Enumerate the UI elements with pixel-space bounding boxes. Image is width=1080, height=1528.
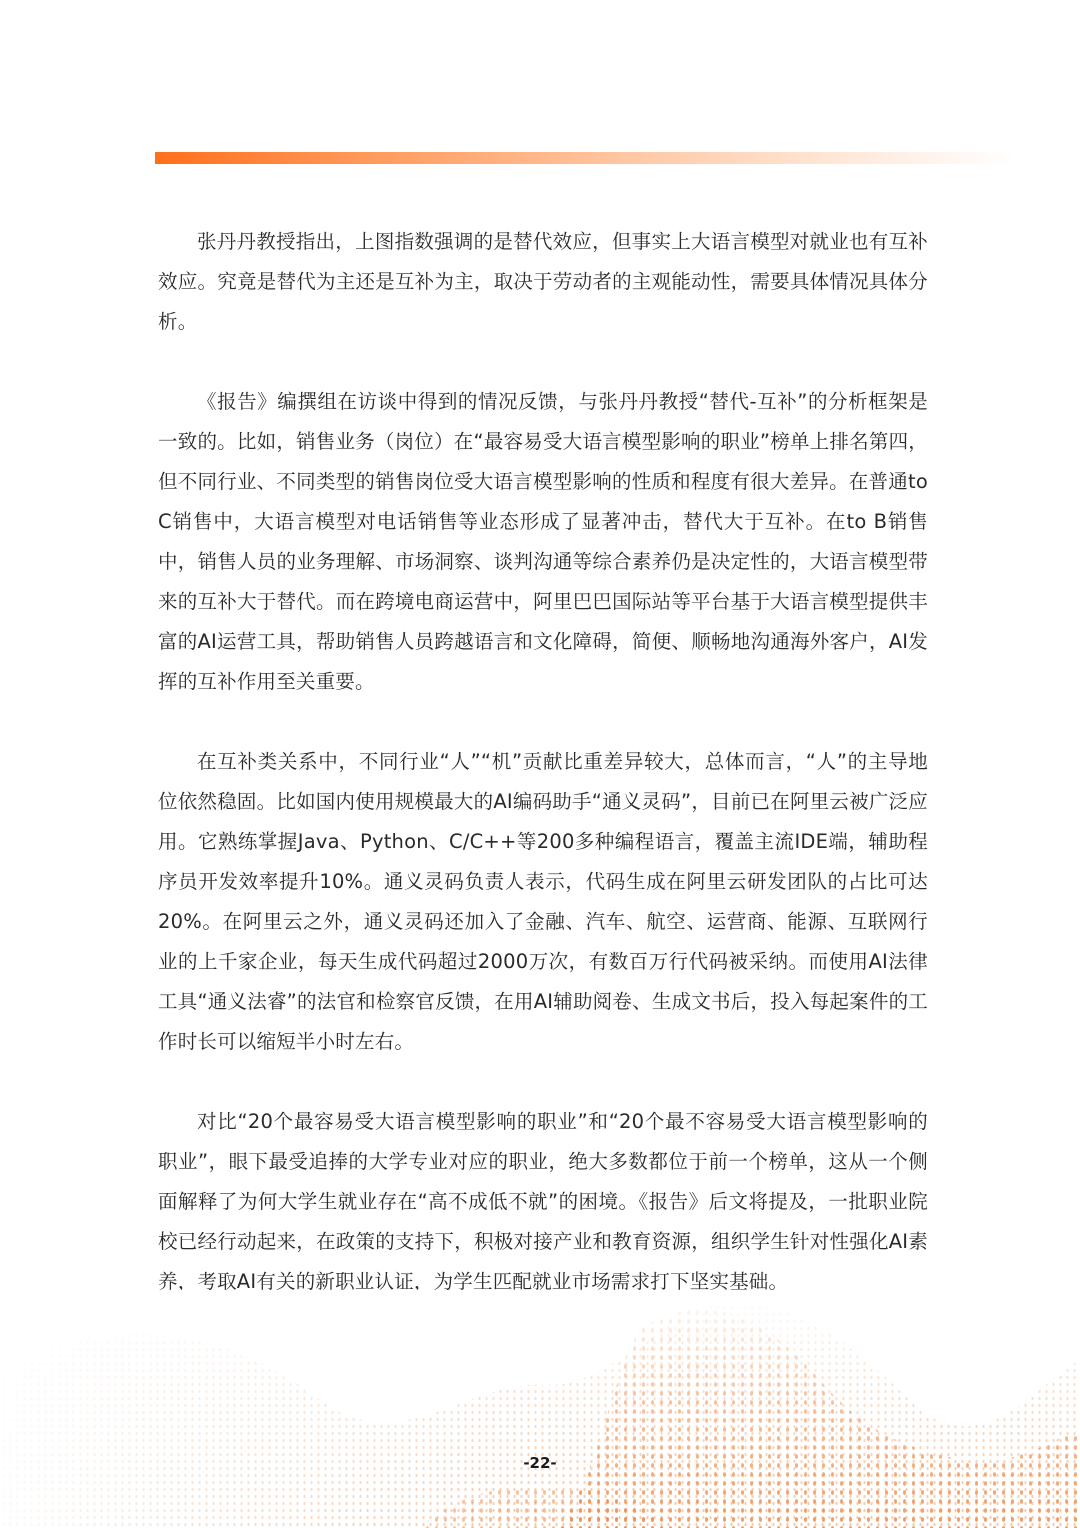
paragraph-sales-example: 《报告》编撰组在访谈中得到的情况反馈，与张丹丹教授“替代-互补”的分析框架是一致… [158,382,928,702]
paragraph-complementary-examples: 在互补类关系中，不同行业“人”“机”贡献比重差异较大，总体而言，“人”的主导地位… [158,742,928,1062]
paragraph-occupation-comparison: 对比“20个最容易受大语言模型影响的职业”和“20个最不容易受大语言模型影响的职… [158,1102,928,1302]
header-accent-bar [155,152,1015,164]
paragraph-substitution-effect: 张丹丹教授指出，上图指数强调的是替代效应，但事实上大语言模型对就业也有互补效应。… [158,222,928,342]
page-number: -22- [0,1454,1080,1472]
document-body: 张丹丹教授指出，上图指数强调的是替代效应，但事实上大语言模型对就业也有互补效应。… [158,222,928,1342]
